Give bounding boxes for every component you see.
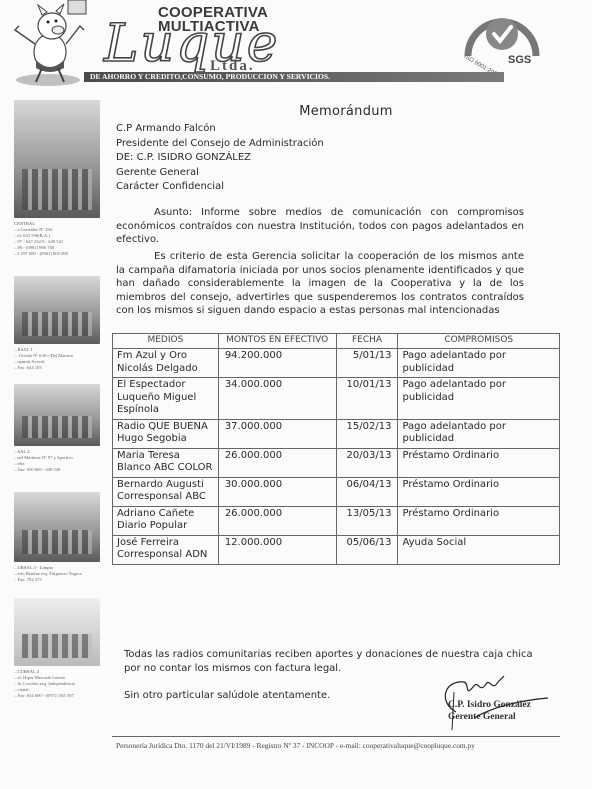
cell-monto: 30.000.000 xyxy=(218,477,336,506)
table-row: Adriano Cañete Diario Popular26.000.0001… xyxy=(113,506,560,535)
cell-fecha: 20/03/13 xyxy=(336,448,398,477)
cell-compromiso: Préstamo Ordinario xyxy=(398,477,560,506)
sender-role: Gerente General xyxy=(116,166,324,181)
table-header-row: MEDIOS MONTOS EN EFECTIVO FECHA COMPROMI… xyxy=(113,334,560,349)
branch-sucursal-4: ...CURSAL 4 ...al: Hiper Mercado Luisito… xyxy=(14,598,100,699)
cell-medio: Maria Teresa Blanco ABC COLOR xyxy=(113,448,219,477)
checkmark-seal-icon: ISO 9001:2000 xyxy=(456,0,548,72)
cell-fecha: 15/02/13 xyxy=(336,419,398,448)
letterhead: COOPERATIVA MULTIACTIVA Luque Ltda. DE A… xyxy=(0,0,592,92)
cell-fecha: 05/06/13 xyxy=(336,535,398,564)
sender-name: DE: C.P. ISIDRO GONZÁLEZ xyxy=(116,151,324,166)
cell-medio: Fm Azul y Oro Nicolás Delgado xyxy=(113,349,219,378)
regards-line: Sin otro particular salúdole atentamente… xyxy=(124,690,330,701)
header-montos: MONTOS EN EFECTIVO xyxy=(218,334,336,349)
table-row: Maria Teresa Blanco ABC COLOR26.000.0002… xyxy=(113,448,560,477)
cell-compromiso: Préstamo Ordinario xyxy=(398,506,560,535)
signatory-name: C.P. Isidro González xyxy=(448,700,531,712)
brand-logo: COOPERATIVA MULTIACTIVA Luque Ltda. xyxy=(98,0,328,80)
tagline-text: DE AHORRO Y CREDITO,CONSUMO, PRODUCCION … xyxy=(90,72,330,82)
subject-text: Asunto: Informe sobre medios de comunica… xyxy=(116,207,524,245)
body-text: Es criterio de esta Gerencia solicitar l… xyxy=(116,251,524,316)
recipient-block: C.P Armando Falcón Presidente del Consej… xyxy=(116,122,324,195)
header-medios: MEDIOS xyxy=(113,334,219,349)
branch-sidebar: CENTRAL ...a González Nº 250. ...el: 643… xyxy=(0,100,104,720)
cell-compromiso: Préstamo Ordinario xyxy=(398,448,560,477)
table-row: El Espectador Luqueño Miguel Espínola34.… xyxy=(113,378,560,420)
branch-phone: ...Fax: 634 600 - (0971) 365 567 xyxy=(14,693,100,699)
pig-mascot-icon xyxy=(8,0,88,88)
certification-seal: ISO 9001:2000 SGS xyxy=(456,0,548,72)
branch-sucursal-1: ...RSAL 1 ... Oviedo Nº 639 c/Del Maestr… xyxy=(14,276,100,371)
cell-compromiso: Pago adelantado por publicidad xyxy=(398,419,560,448)
footer-divider xyxy=(112,736,560,737)
cell-fecha: 10/01/13 xyxy=(336,378,398,420)
cell-monto: 34.000.000 xyxy=(218,378,336,420)
cell-monto: 12.000.000 xyxy=(218,535,336,564)
footer-legal: Personería Jurídica Dto. 1170 del 21/VI/… xyxy=(116,741,475,750)
table-row: Bernardo Augusti Corresponsal ABC30.000.… xyxy=(113,477,560,506)
cell-medio: Radio QUE BUENA Hugo Segobia xyxy=(113,419,219,448)
signature-block: C.P. Isidro González Gerente General xyxy=(434,672,554,732)
branch-photo xyxy=(14,384,100,446)
branch-photo xyxy=(14,276,100,344)
branch-photo xyxy=(14,598,100,666)
branch-phone: ...Tax: 650 669 - 649 540 xyxy=(14,467,100,473)
tagline-banner: DE AHORRO Y CREDITO,CONSUMO, PRODUCCION … xyxy=(84,72,504,82)
header-fecha: FECHA xyxy=(336,334,398,349)
subject-paragraph: Asunto: Informe sobre medios de comunica… xyxy=(116,206,524,247)
table-row: Fm Azul y Oro Nicolás Delgado94.200.0005… xyxy=(113,349,560,378)
cell-medio: Adriano Cañete Diario Popular xyxy=(113,506,219,535)
cell-fecha: 06/04/13 xyxy=(336,477,398,506)
cell-monto: 26.000.000 xyxy=(218,448,336,477)
signature-name-block: C.P. Isidro González Gerente General xyxy=(448,700,531,723)
memo-title: Memorándum xyxy=(0,104,592,119)
cell-medio: El Espectador Luqueño Miguel Espínola xyxy=(113,378,219,420)
branch-central: CENTRAL ...a González Nº 250. ...el: 643… xyxy=(14,100,100,257)
media-commitments-table: MEDIOS MONTOS EN EFECTIVO FECHA COMPROMI… xyxy=(112,333,560,565)
cell-medio: Bernardo Augusti Corresponsal ABC xyxy=(113,477,219,506)
cell-compromiso: Pago adelantado por publicidad xyxy=(398,349,560,378)
cell-monto: 26.000.000 xyxy=(218,506,336,535)
table-row: José Ferreira Corresponsal ADN12.000.000… xyxy=(113,535,560,564)
cell-monto: 37.000.000 xyxy=(218,419,336,448)
branch-phone: ...Fax: 782 373 xyxy=(14,577,100,583)
body-paragraph: Es criterio de esta Gerencia solicitar l… xyxy=(116,250,524,318)
cell-medio: José Ferreira Corresponsal ADN xyxy=(113,535,219,564)
branch-sucursal-2: ...SAL 2 ...uel Martínez Nº 97 y Sportiv… xyxy=(14,384,100,473)
cell-monto: 94.200.000 xyxy=(218,349,336,378)
header-compromisos: COMPROMISOS xyxy=(398,334,560,349)
cell-compromiso: Pago adelantado por publicidad xyxy=(398,378,560,420)
branch-sucursal-3: ...URSAL 3 - Limpio ...erto Benítez esq.… xyxy=(14,492,100,583)
cell-fecha: 13/05/13 xyxy=(336,506,398,535)
table-row: Radio QUE BUENA Hugo Segobia37.000.00015… xyxy=(113,419,560,448)
signatory-role: Gerente General xyxy=(448,712,531,724)
recipient-role: Presidente del Consejo de Administración xyxy=(116,137,324,152)
cell-compromiso: Ayuda Social xyxy=(398,535,560,564)
branch-phone: ...1 297 080 - (0961) 805 090 xyxy=(14,251,100,257)
recipient-name: C.P Armando Falcón xyxy=(116,122,324,137)
closing-paragraph: Todas las radios comunitarias reciben ap… xyxy=(124,648,544,675)
branch-phone: ...Fax: 644 103 xyxy=(14,365,100,371)
cell-fecha: 5/01/13 xyxy=(336,349,398,378)
svg-text:ISO 9001:2000: ISO 9001:2000 xyxy=(463,54,502,72)
certifier-label: SGS xyxy=(508,54,531,66)
branch-photo xyxy=(14,492,100,562)
confidentiality-note: Carácter Confidencial xyxy=(116,180,324,195)
